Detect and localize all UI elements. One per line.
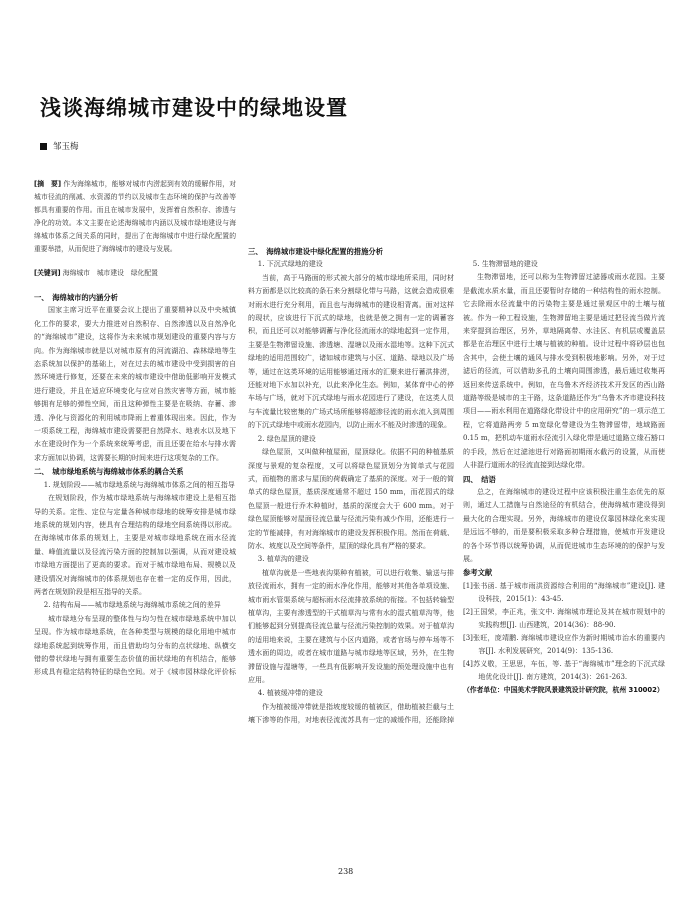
section-4-heading: 四、 结语 [463, 473, 665, 486]
reference-item: [3]张旺，庞靖鹏. 海绵城市建设应作为新时期城市治水的重要内容[J]. 水利发… [463, 632, 665, 658]
section-2-heading: 二、 城市绿地系统与海绵城市体系的耦合关系 [34, 465, 236, 478]
section-3-paragraph-3: 植草沟就是一些地表沟渠种有植被，可以进行收集、输送与排放径流雨水，拥有一定的雨水… [248, 567, 454, 688]
references-heading: 参考文献 [463, 566, 665, 579]
reference-item: [4]苏义敬，王思思，车伍，等. 基于“海绵城市”理念的下沉式绿地优化设计[J]… [463, 658, 665, 684]
section-3-sub-5: 5. 生物滞留地的建设 [463, 258, 665, 271]
section-2-sub-2: 2. 结构布局——城市绿地系统与海绵城市系统之间的差异 [34, 599, 236, 612]
square-bullet-icon [40, 143, 47, 150]
column-2: 三、 海绵城市建设中绿化配置的措施分析 1. 下沉式绿地的建设 当前，高于马路面… [248, 178, 454, 728]
section-3-paragraph-5: 生物滞留地，还可以称为生物滞留过滤器或雨水花园。主要是截流水质水量，而且还要暂时… [463, 271, 665, 472]
section-1-paragraph: 国家主席习近平在重要会议上提出了重要精神以及中央城镇化工作的要求，要大力推进对自… [34, 304, 236, 465]
section-3-paragraph-2: 绿色屋顶，又叫做种植屋面，屋顶绿化。依据不同的种植基质深度与景观的复杂程度，又可… [248, 446, 454, 553]
keywords-text: 海绵城市 城市建设 绿化配置 [63, 269, 158, 277]
section-4-paragraph: 总之，在海绵城市的建设过程中应该积极注重生态优先的原则，通过人工措施与自然途径的… [463, 486, 665, 566]
section-3-sub-1: 1. 下沉式绿地的建设 [248, 258, 454, 271]
author-name: 邹玉梅 [53, 140, 79, 152]
section-3-sub-3: 3. 植草沟的建设 [248, 553, 454, 566]
section-3-paragraph-4-continued [463, 178, 665, 258]
article-title: 浅谈海绵城市建设中的绿地设置 [40, 92, 348, 122]
keywords: [关键词] 海绵城市 城市建设 绿化配置 [34, 267, 236, 280]
reference-item: [1]张书函. 基于城市雨洪资源综合利用的“海绵城市”建设[J]. 建设科技，2… [463, 580, 665, 606]
abstract-text: 作为海绵城市，能够对城市内涝起到有效的缓解作用，对城市径流的削减、水资源的节约以… [34, 180, 236, 253]
section-3-heading: 三、 海绵城市建设中绿化配置的措施分析 [248, 245, 454, 258]
reference-item: [2]王国荣，李正兆，张文中. 海绵城市理论及其在城市规划中的实践构想[J]. … [463, 606, 665, 632]
author-affiliation: （作者单位：中国美术学院风景建筑设计研究院，杭州 310002） [463, 684, 665, 697]
section-3-paragraph-4: 作为植被缓冲带就是指坡度较缓的植被区，借助植被拦截与土壤下渗等的作用，对地表径流… [248, 701, 454, 728]
section-2-paragraph-2: 城市绿地分布呈现的整体性与均匀性在城市绿地系统中加以呈现。作为城市绿地系统，在各… [34, 613, 236, 680]
reference-list: [1]张书函. 基于城市雨洪资源综合利用的“海绵城市”建设[J]. 建设科技，2… [463, 580, 665, 684]
section-3-sub-4: 4. 植被缓冲带的建设 [248, 687, 454, 700]
section-2-paragraph-1: 在规划阶段，作为城市绿地系统与海绵城市建设上是相互指导的关系。定性、定位与定量各… [34, 492, 236, 599]
column-1: [摘 要] 作为海绵城市，能够对城市内涝起到有效的缓解作用，对城市径流的削减、水… [34, 178, 236, 680]
abstract: [摘 要] 作为海绵城市，能够对城市内涝起到有效的缓解作用，对城市径流的削减、水… [34, 178, 236, 256]
keywords-label: [关键词] [34, 269, 61, 277]
page-number: 238 [338, 867, 353, 876]
column-3: 5. 生物滞留地的建设 生物滞留地，还可以称为生物滞留过滤器或雨水花园。主要是截… [463, 178, 665, 697]
section-3-paragraph-1: 当前，高于马路面的形式被大部分的城市绿地所采用，同时材料方面都是以比较高的条石来… [248, 272, 454, 433]
section-1-heading: 一、 海绵城市的内涵分析 [34, 291, 236, 304]
abstract-label: [摘 要] [34, 180, 61, 188]
section-2-sub-1: 1. 规划阶段——城市绿地系统与海绵城市体系之间的相互指导 [34, 479, 236, 492]
author-line: 邹玉梅 [40, 140, 79, 152]
section-3-sub-2: 2. 绿色屋顶的建设 [248, 433, 454, 446]
